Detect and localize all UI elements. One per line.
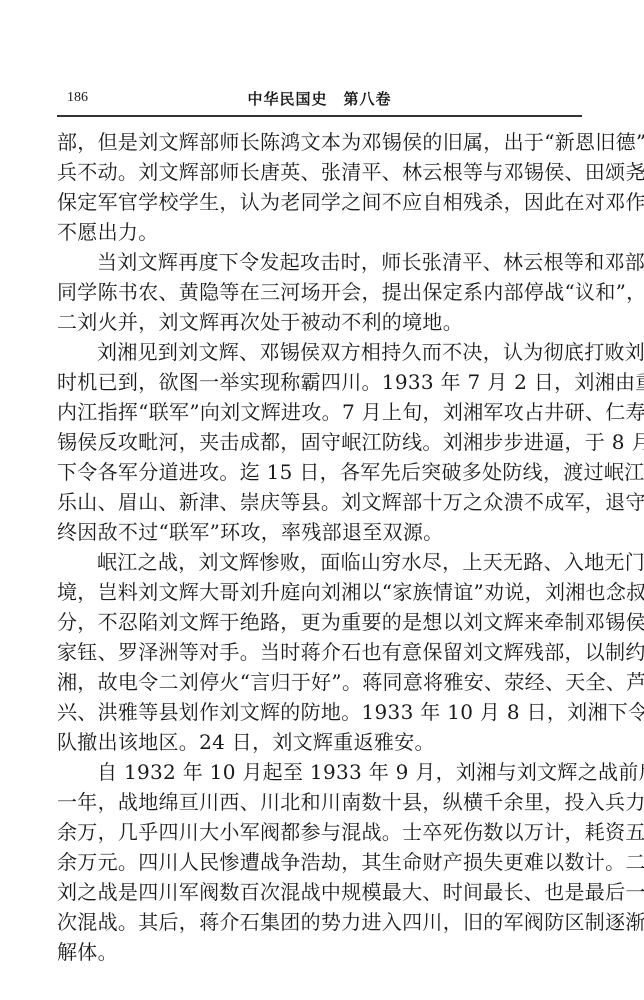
text-line: 终因敌不过“联军”环攻，率残部退至双源。: [57, 517, 582, 547]
text-line: 余万，几乎四川大小军阀都参与混战。士卒死伤数以万计，耗资五千: [57, 817, 582, 847]
text-line: 同学陈书农、黄隐等在三河场开会，提出保定系内部停战“议和”，静观: [57, 277, 582, 307]
text-line: 刘之战是四川军阀数百次混战中规模最大、时间最长、也是最后一: [57, 877, 582, 907]
text-line: 岷江之战，刘文辉惨败，面临山穷水尽，上天无路、入地无门的绝: [57, 547, 582, 577]
page-header: 186 中华民国史 第八卷: [57, 88, 582, 112]
running-title: 中华民国史 第八卷: [57, 88, 582, 109]
text-line: 不愿出力。: [57, 217, 582, 247]
text-line: 乐山、眉山、新津、崇庆等县。刘文辉部十万之众溃不成军，退守雅安，: [57, 487, 582, 517]
text-line: 解体。: [57, 937, 582, 967]
text-line: 湘，故电令二刘停火“言归于好”。蒋同意将雅安、荥经、天全、芦山、宝: [57, 667, 582, 697]
text-line: 二刘火并，刘文辉再次处于被动不利的境地。: [57, 307, 582, 337]
text-line: 境，岂料刘文辉大哥刘升庭向刘湘以“家族情谊”劝说，刘湘也念叔侄情: [57, 577, 582, 607]
text-line: 分，不忍陷刘文辉于绝路，更为重要的是想以刘文辉来牵制邓锡侯、李: [57, 607, 582, 637]
text-line: 队撤出该地区。24 日，刘文辉重返雅安。: [57, 727, 582, 757]
text-line: 时机已到，欲图一举实现称霸四川。1933 年 7 月 2 日，刘湘由重庆到: [57, 367, 582, 397]
text-line: 一年，战地绵亘川西、川北和川南数十县，纵横千余里，投入兵力二十: [57, 787, 582, 817]
text-line: 余万元。四川人民惨遭战争浩劫，其生命财产损失更难以数计。二: [57, 847, 582, 877]
header-rule: [57, 115, 582, 117]
text-line: 下令各军分道进攻。迄 15 日，各军先后突破多处防线，渡过岷江，攻占: [57, 457, 582, 487]
text-line: 当刘文辉再度下令发起攻击时，师长张清平、林云根等和邓部保定: [57, 247, 582, 277]
text-line: 锡侯反攻毗河，夹击成都，固守岷江防线。刘湘步步进逼，于 8 月 13 日: [57, 427, 582, 457]
text-line: 次混战。其后，蒋介石集团的势力进入四川，旧的军阀防区制逐渐: [57, 907, 582, 937]
text-line: 部，但是刘文辉部师长陈鸿文本为邓锡侯的旧属，出于“新恩旧德”，按: [57, 127, 582, 157]
body-text: 部，但是刘文辉部师长陈鸿文本为邓锡侯的旧属，出于“新恩旧德”，按兵不动。刘文辉部…: [57, 127, 582, 967]
text-line: 自 1932 年 10 月起至 1933 年 9 月，刘湘与刘文辉之战前后经历: [57, 757, 582, 787]
text-line: 保定军官学校学生，认为老同学之间不应自相残杀，因此在对邓作战中: [57, 187, 582, 217]
text-line: 兴、洪雅等县划作刘文辉的防地。1933 年 10 月 8 日，刘湘下令所属部: [57, 697, 582, 727]
text-line: 兵不动。刘文辉部师长唐英、张清平、林云根等与邓锡侯、田颂尧均系: [57, 157, 582, 187]
text-line: 家钰、罗泽洲等对手。当时蒋介石也有意保留刘文辉残部，以制约刘: [57, 637, 582, 667]
text-line: 刘湘见到刘文辉、邓锡侯双方相持久而不决，认为彻底打败刘文辉: [57, 337, 582, 367]
text-line: 内江指挥“联军”向刘文辉进攻。7 月上旬，刘湘军攻占井研、仁寿；邓: [57, 397, 582, 427]
